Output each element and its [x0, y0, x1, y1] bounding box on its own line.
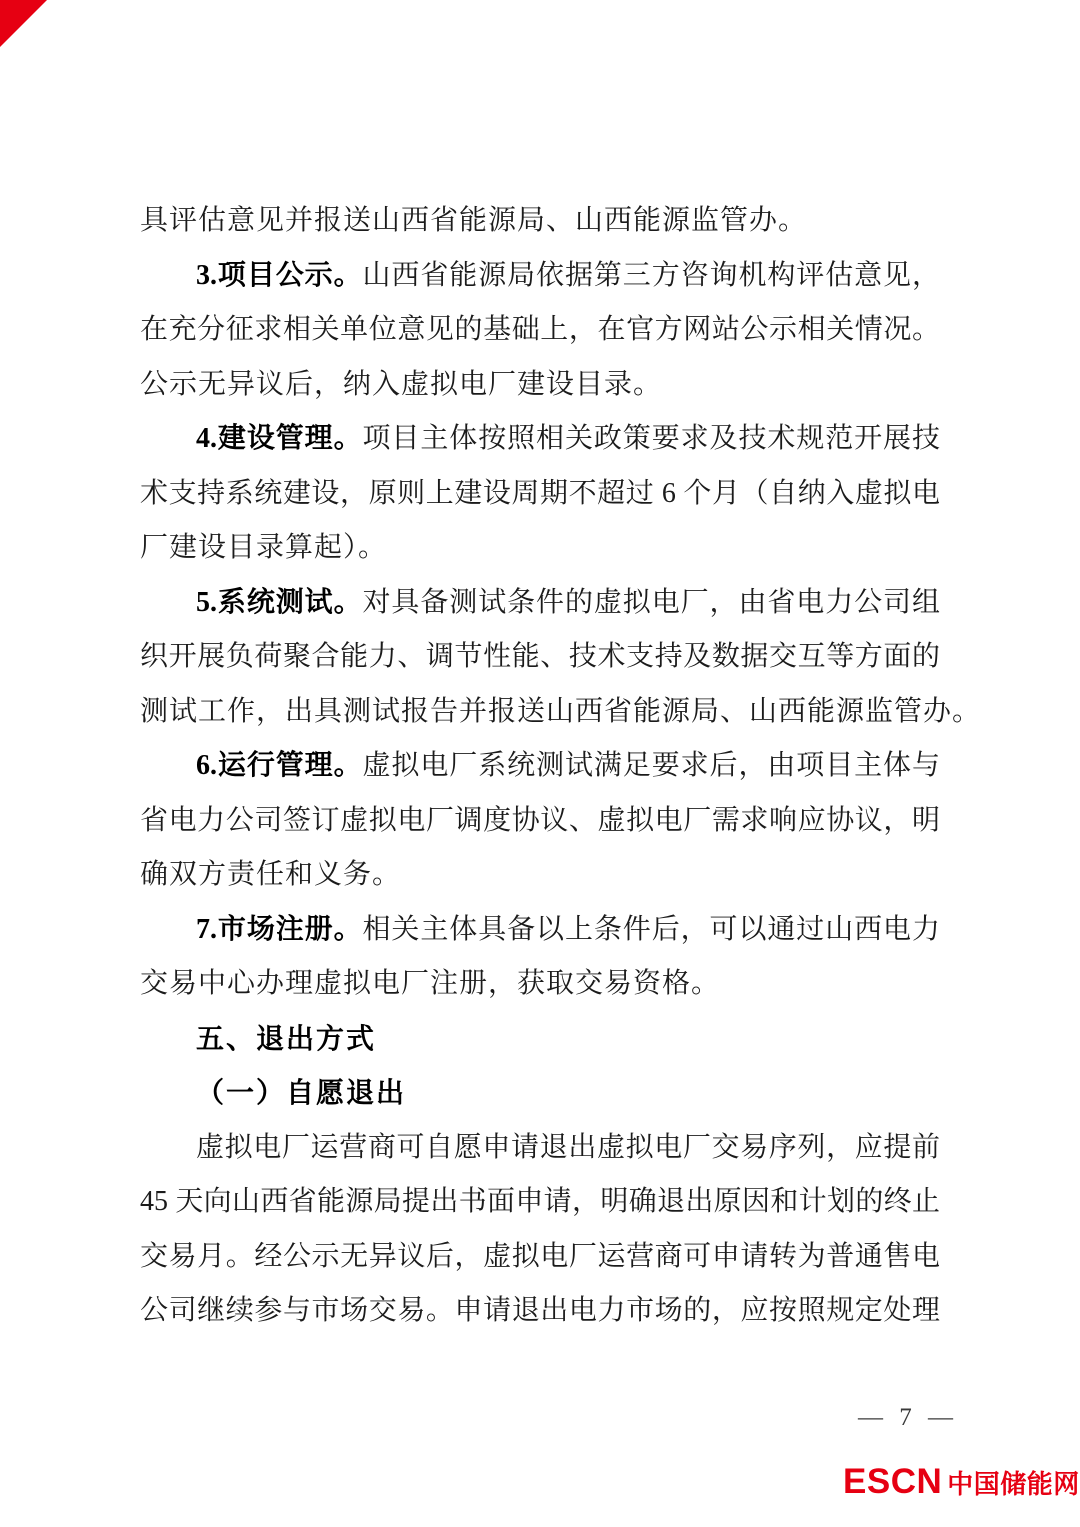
document-line: 织开展负荷聚合能力、调节性能、技术支持及数据交互等方面的 [140, 630, 940, 685]
document-line: 省电力公司签订虚拟电厂调度协议、虚拟电厂需求响应协议，明 [140, 794, 940, 849]
section-heading: 五、退出方式 [140, 1012, 940, 1067]
document-line: 厂建设目录算起）。 [140, 521, 940, 576]
paragraph-lead: 4.建设管理。 [196, 423, 363, 454]
document-line: 术支持系统建设，原则上建设周期不超过 6 个月（自纳入虚拟电 [140, 467, 940, 522]
document-line: 在充分征求相关单位意见的基础上，在官方网站公示相关情况。 [140, 303, 940, 358]
escn-logo-latin: ESCN [843, 1462, 942, 1502]
paragraph-lead: 3.项目公示。 [196, 260, 363, 291]
document-page: 具评估意见并报送山西省能源局、山西能源监管办。3.项目公示。山西省能源局依据第三… [0, 0, 1080, 1527]
document-line: 3.项目公示。山西省能源局依据第三方咨询机构评估意见， [140, 249, 940, 304]
escn-logo-chinese: 中国储能网 [947, 1464, 1080, 1501]
document-line: 具评估意见并报送山西省能源局、山西能源监管办。 [140, 194, 940, 249]
document-line: 45 天向山西省能源局提出书面申请，明确退出原因和计划的终止 [140, 1175, 940, 1230]
document-line: 公示无异议后，纳入虚拟电厂建设目录。 [140, 358, 940, 413]
document-line: 确双方责任和义务。 [140, 848, 940, 903]
document-line: 6.运行管理。虚拟电厂系统测试满足要求后，由项目主体与 [140, 739, 940, 794]
document-line: 虚拟电厂运营商可自愿申请退出虚拟电厂交易序列，应提前 [140, 1121, 940, 1176]
document-line: 测试工作，出具测试报告并报送山西省能源局、山西能源监管办。 [140, 685, 940, 740]
escn-logo: ESCN 中国储能网 [843, 1464, 1080, 1500]
paragraph-lead: 7.市场注册。 [196, 914, 363, 945]
corner-fold-decoration [0, 0, 47, 47]
paragraph-lead: 6.运行管理。 [196, 750, 363, 781]
document-line: 交易中心办理虚拟电厂注册，获取交易资格。 [140, 957, 940, 1012]
section-heading: （一）自愿退出 [140, 1066, 940, 1121]
document-line: 交易月。经公示无异议后，虚拟电厂运营商可申请转为普通售电 [140, 1230, 940, 1285]
document-body: 具评估意见并报送山西省能源局、山西能源监管办。3.项目公示。山西省能源局依据第三… [140, 194, 940, 1339]
document-line: 4.建设管理。项目主体按照相关政策要求及技术规范开展技 [140, 412, 940, 467]
document-line: 7.市场注册。相关主体具备以上条件后，可以通过山西电力 [140, 903, 940, 958]
document-line: 5.系统测试。对具备测试条件的虚拟电厂，由省电力公司组 [140, 576, 940, 631]
document-line: 公司继续参与市场交易。申请退出电力市场的，应按照规定处理 [140, 1284, 940, 1339]
page-number: — 7 — [858, 1404, 958, 1432]
paragraph-lead: 5.系统测试。 [196, 587, 363, 618]
